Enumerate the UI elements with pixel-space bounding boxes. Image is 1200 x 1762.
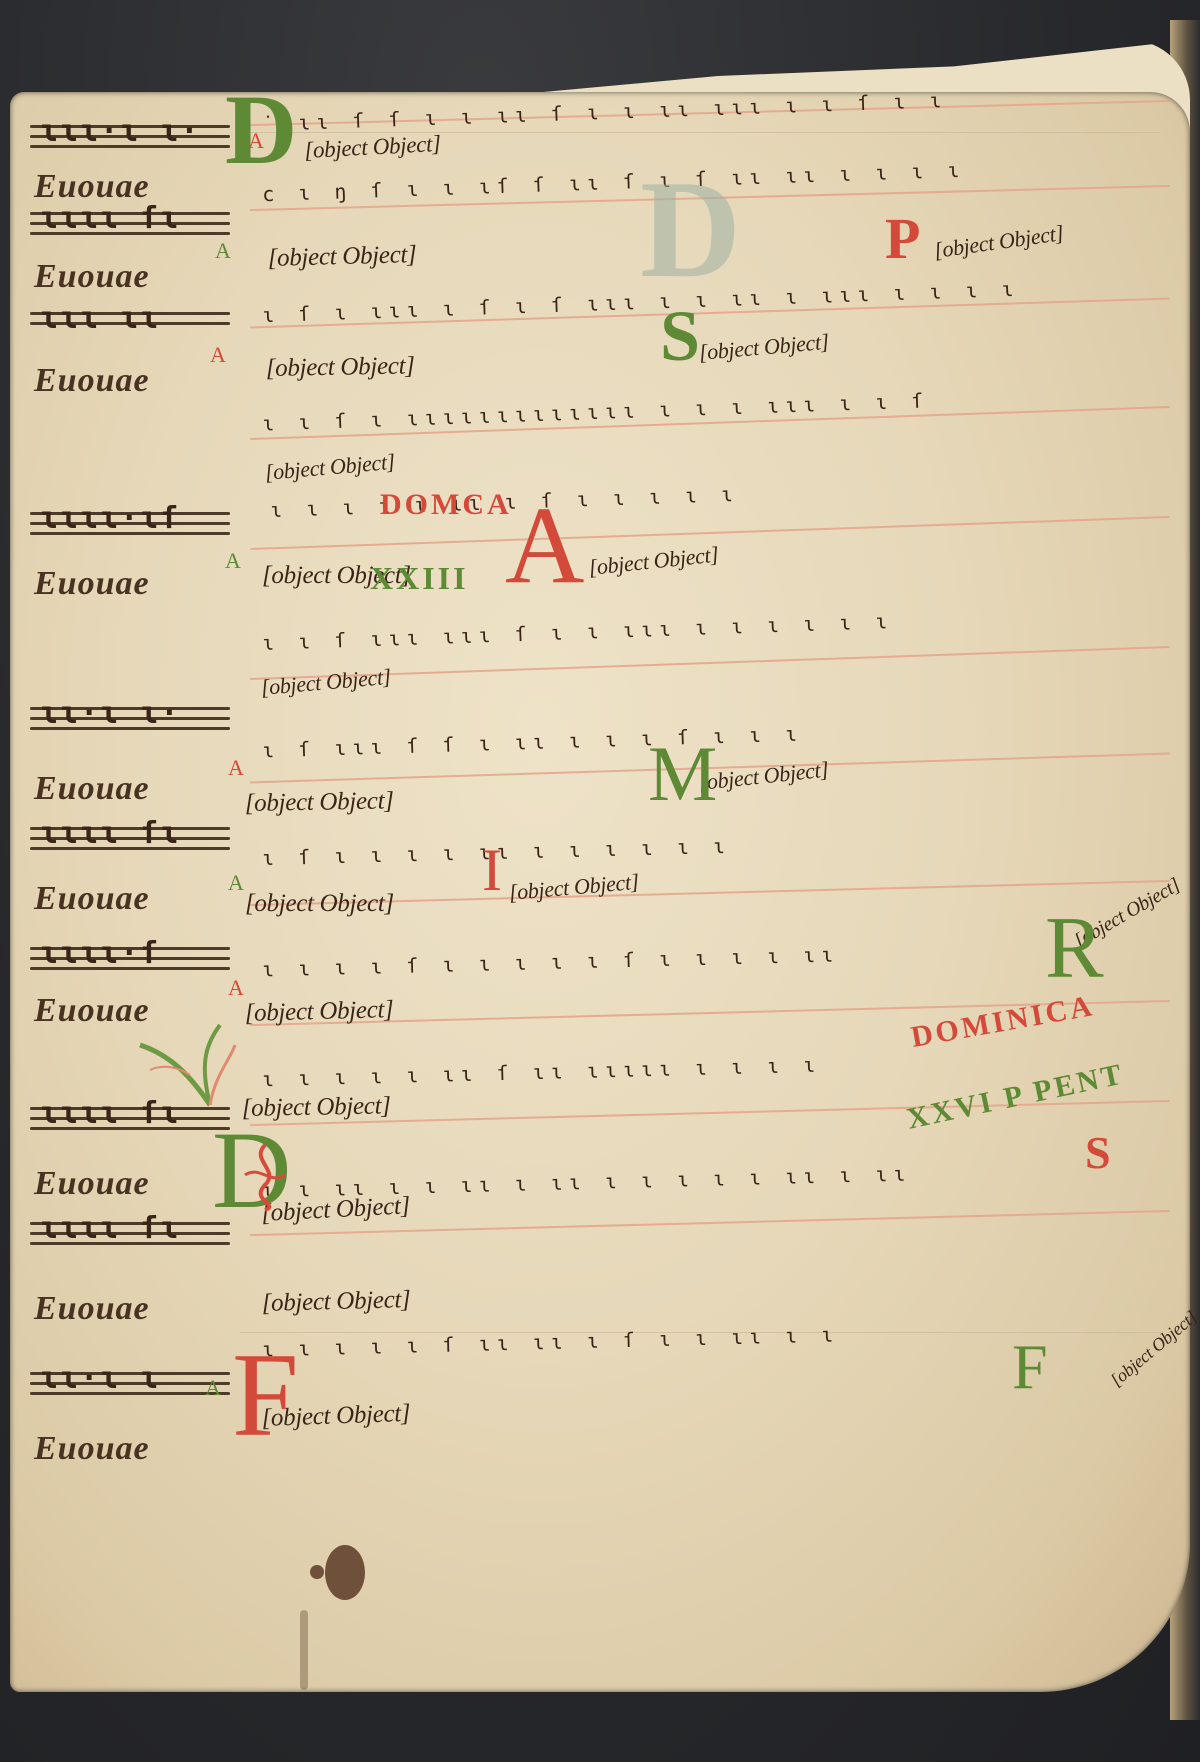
mode-letter: A [228,975,244,1001]
euouae-label: Euouae [34,1290,150,1328]
euouae-label: Euouae [34,565,150,603]
initial-i: I [482,840,502,900]
mode-letter: A [225,548,241,574]
offset-ghost-initial: D [640,160,741,300]
differentia-staff: ɩɩɩɩ ſɩ [30,1215,230,1252]
initial-a: A [505,490,584,600]
mode-letter: A [228,755,244,781]
ink-stain [300,1610,308,1690]
ruling [240,132,1160,133]
initial-p: P [885,210,920,268]
rubric-domca: DOMCA [380,488,512,522]
rubric-xxiii: XXIII [370,560,469,597]
chant-text-line: [object Object] [261,1286,411,1318]
euouae-label: Euouae [34,770,150,808]
chant-text-line: [object Object] [244,996,394,1028]
mode-letter: A [215,238,231,264]
differentia-staff: ɩɩɩ ɩɩ [30,305,230,332]
euouae-label: Euouae [34,258,150,296]
initial-f-small: F [1012,1335,1048,1399]
euouae-label: Euouae [34,362,150,400]
initial-s-small: S [1085,1130,1111,1176]
interlace-ornament-icon [235,1135,295,1215]
differentia-staff: ɩɩ·ɩ ɩ· [30,700,230,737]
mode-letter: A [210,342,226,368]
initial-m: M [648,735,717,813]
mode-letter: A [248,128,264,154]
mode-letter: A [228,870,244,896]
chant-text-line: [object Object] [267,241,417,273]
euouae-label: Euouae [34,992,150,1030]
euouae-label: Euouae [34,1165,150,1203]
ink-stain [325,1545,365,1600]
initial-s: S [660,300,700,372]
differentia-staff: ɩɩɩɩ ſɩ [30,205,230,242]
differentia-staff: ɩɩɩɩ·ɩſ [30,505,230,542]
ink-stain [310,1565,324,1579]
differentia-staff: ɩɩ·ɩ ɩ [30,1365,230,1402]
chant-text-line: [object Object] [266,352,415,383]
chant-text-line: [object Object] [245,890,394,918]
differentia-staff: ɩɩɩɩ ſɩ [30,1100,230,1137]
mode-letter: A [205,1375,221,1401]
euouae-label: Euouae [34,1430,150,1468]
differentia-staff: ɩɩɩ·ɩ ɩ· [30,118,230,155]
differentia-staff: ɩɩɩɩ·ſ [30,940,230,977]
chant-text-line: [object Object] [245,787,394,818]
differentia-staff: ɩɩɩɩ ſɩ [30,820,230,857]
initial-f: F [232,1335,299,1455]
euouae-label: Euouae [34,880,150,918]
initial-r: R [1045,905,1104,993]
